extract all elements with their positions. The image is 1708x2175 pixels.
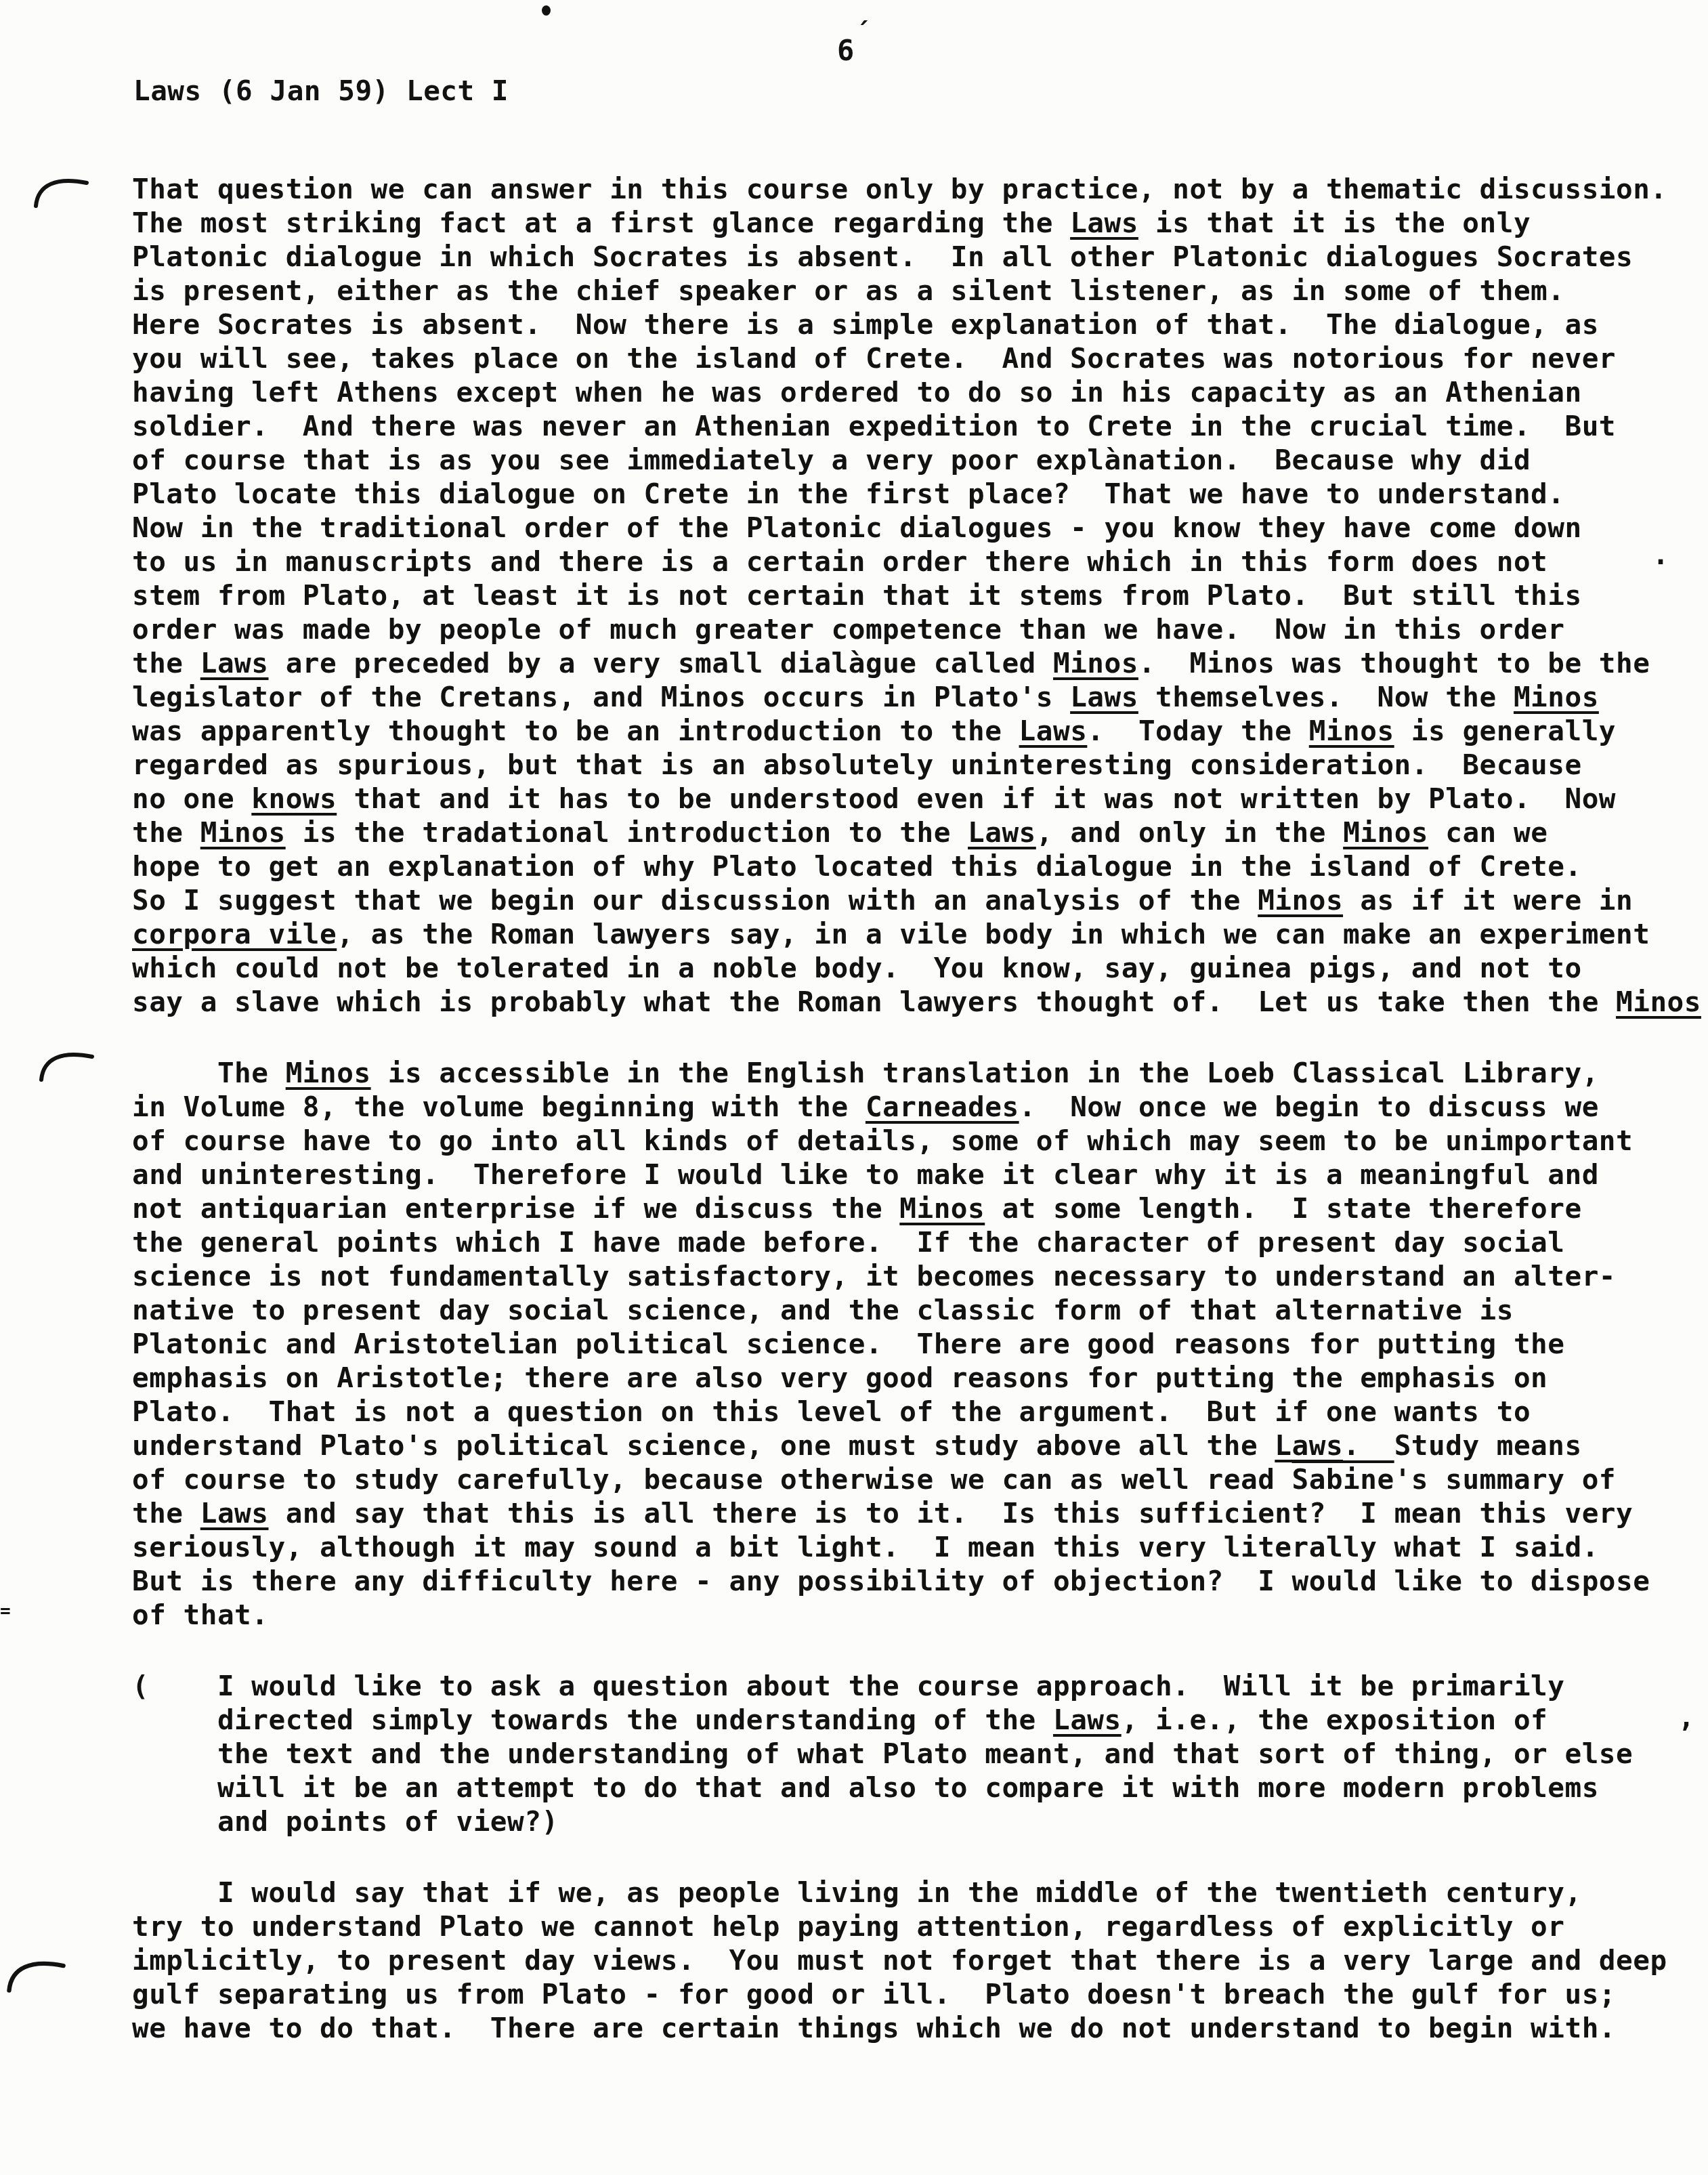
text-line: understand Plato's political science, on…: [132, 1429, 1701, 1462]
text-line: Plato. That is not a question on this le…: [132, 1395, 1701, 1429]
text-segment: we have to do that. There are certain th…: [132, 2012, 1616, 2044]
text-segment: the general points which I have made bef…: [132, 1226, 1564, 1259]
underlined-text: Laws: [968, 816, 1036, 849]
text-segment: Platonic dialogue in which Socrates is a…: [132, 240, 1633, 273]
text-segment: of course to study carefully, because ot…: [132, 1463, 1292, 1496]
text-segment: that and it has to be understood even if…: [337, 782, 1616, 815]
text-segment: understand Plato's political science, on…: [132, 1429, 1275, 1462]
text-segment: of that.: [132, 1599, 268, 1631]
text-segment: try to understand Plato we cannot help p…: [132, 1910, 1564, 1943]
handwritten-margin-mark: [4, 1955, 68, 1995]
stray-ink-mark: .: [1652, 542, 1669, 569]
text-segment: hope to get an explanation of why Plato …: [132, 850, 1582, 883]
text-line: no one knows that and it has to be under…: [132, 782, 1701, 816]
text-line: the Minos is the tradational introductio…: [132, 816, 1701, 849]
text-line: in Volume 8, the volume beginning with t…: [132, 1090, 1701, 1124]
text-line: and points of view?): [132, 1804, 1701, 1838]
text-line: native to present day social science, an…: [132, 1293, 1701, 1327]
text-segment: say a slave which is probably what the R…: [132, 986, 1616, 1018]
underlined-text: Minos: [200, 816, 286, 849]
text-segment: the text and the understanding of what P…: [132, 1737, 1633, 1770]
text-segment: directed simply towards the understandin…: [132, 1704, 1053, 1736]
text-line: will it be an attempt to do that and als…: [132, 1771, 1701, 1804]
underlined-text: Minos: [899, 1192, 985, 1225]
text-segment: and points of view?): [132, 1805, 559, 1838]
text-segment: legislator of the Cretans, and Minos occ…: [132, 681, 1070, 713]
page-title: Laws (6 Jan 59) Lect I: [133, 75, 509, 107]
text-segment: The most striking fact at a first glance…: [132, 207, 1070, 239]
text-line: Now in the traditional order of the Plat…: [132, 511, 1701, 545]
text-segment: emphasis on Aristotle; there are also ve…: [132, 1361, 1547, 1394]
text-line: stem from Plato, at least it is not cert…: [132, 578, 1701, 612]
underlined-text: Laws: [1070, 681, 1138, 713]
text-segment: So I suggest that we begin our discussio…: [132, 884, 1258, 916]
text-segment: order was made by people of much greater…: [132, 613, 1564, 646]
text-segment: Plato. That is not a question on this le…: [132, 1395, 1531, 1428]
text-segment: Plato locate this dialogue on Crete in t…: [132, 478, 1564, 510]
text-line: I would say that if we, as people living…: [132, 1876, 1701, 1909]
text-segment: . Today the: [1087, 715, 1308, 747]
text-line: of that.: [132, 1598, 1701, 1632]
underlined-text: Minos: [1616, 986, 1701, 1018]
text-segment: no one: [132, 782, 251, 815]
handwritten-margin-mark: [37, 1047, 96, 1084]
text-line: That question we can answer in this cour…: [132, 172, 1701, 206]
text-segment: are preceded by a very small dialàgue ca…: [269, 647, 1053, 679]
text-segment: I would say that if we, as people living…: [132, 1876, 1582, 1909]
text-line: to us in manuscripts and there is a cert…: [132, 545, 1701, 578]
text-segment: is the tradational introduction to the: [286, 816, 968, 849]
text-segment: gulf separating us from Plato - for good…: [132, 1978, 1616, 2010]
text-segment: The: [132, 1057, 286, 1089]
text-line: emphasis on Aristotle; there are also ve…: [132, 1361, 1701, 1395]
text-line: order was made by people of much greater…: [132, 612, 1701, 646]
text-line: seriously, although it may sound a bit l…: [132, 1530, 1701, 1564]
text-segment: the: [132, 1497, 200, 1529]
text-segment: to us in manuscripts and there is a cert…: [132, 545, 1547, 578]
text-segment: , i.e., the exposition of: [1122, 1704, 1548, 1736]
text-segment: . Now once we begin to discuss we: [1019, 1091, 1599, 1123]
underlined-text: Laws: [1070, 207, 1138, 239]
text-line: science is not fundamentally satisfactor…: [132, 1259, 1701, 1293]
text-line: was apparently thought to be an introduc…: [132, 714, 1701, 748]
document-body: That question we can answer in this cour…: [132, 172, 1701, 2045]
stray-ink-mark: ´: [855, 19, 870, 45]
underlined-text: Minos: [1343, 816, 1428, 849]
text-segment: . Minos was thought to be the: [1138, 647, 1650, 679]
text-segment: . Study means: [1343, 1429, 1582, 1462]
text-line: is present, either as the chief speaker …: [132, 274, 1701, 308]
text-line: regarded as spurious, but that is an abs…: [132, 748, 1701, 782]
text-line: But is there any difficulty here - any p…: [132, 1564, 1701, 1598]
text-segment: of course that is as you see immediately…: [132, 444, 1531, 476]
text-line: ( I would like to ask a question about t…: [132, 1669, 1701, 1703]
ink-dot: [542, 5, 551, 16]
text-line: gulf separating us from Plato - for good…: [132, 1977, 1701, 2011]
text-segment: not antiquarian enterprise if we discuss…: [132, 1192, 899, 1225]
text-segment: is that it is the only: [1138, 207, 1531, 239]
stray-ink-mark: ,: [1678, 1704, 1694, 1731]
text-segment: the: [132, 647, 200, 679]
text-line: of course have to go into all kinds of d…: [132, 1124, 1701, 1158]
text-segment: stem from Plato, at least it is not cert…: [132, 579, 1582, 612]
text-line: and uninteresting. Therefore I would lik…: [132, 1158, 1701, 1191]
text-segment: is present, either as the chief speaker …: [132, 274, 1564, 307]
text-line: soldier. And there was never an Athenian…: [132, 409, 1701, 443]
text-line: having left Athens except when he was or…: [132, 375, 1701, 409]
text-line: corpora vile, as the Roman lawyers say, …: [132, 917, 1701, 951]
text-segment: regarded as spurious, but that is an abs…: [132, 748, 1582, 781]
text-line: hope to get an explanation of why Plato …: [132, 849, 1701, 883]
text-segment: at some length. I state therefore: [985, 1192, 1581, 1225]
text-segment: soldier. And there was never an Athenian…: [132, 410, 1616, 442]
paragraph: I would say that if we, as people living…: [132, 1876, 1701, 2045]
underlined-text: Laws: [1275, 1429, 1343, 1462]
page-number: 6: [837, 34, 854, 67]
overlined-text: Sabine: [1292, 1463, 1394, 1496]
text-segment: is accessible in the English translation…: [371, 1057, 1599, 1089]
text-segment: and say that this is all there is to it.…: [269, 1497, 1634, 1529]
text-segment: of course have to go into all kinds of d…: [132, 1124, 1633, 1157]
text-line: directed simply towards the understandin…: [132, 1703, 1701, 1737]
text-segment: can we: [1428, 816, 1547, 849]
underlined-text: Minos: [1514, 681, 1599, 713]
text-segment: will it be an attempt to do that and als…: [132, 1771, 1599, 1804]
text-segment: Platonic and Aristotelian political scie…: [132, 1328, 1564, 1360]
text-segment: which could not be tolerated in a noble …: [132, 952, 1582, 984]
text-segment: Here Socrates is absent. Now there is a …: [132, 308, 1599, 341]
text-segment: That question we can answer in this cour…: [132, 173, 1667, 205]
text-line: of course that is as you see immediately…: [132, 443, 1701, 477]
underlined-text: Minos: [1053, 647, 1138, 679]
text-line: not antiquarian enterprise if we discuss…: [132, 1191, 1701, 1225]
text-line: The Minos is accessible in the English t…: [132, 1056, 1701, 1090]
text-segment: and uninteresting. Therefore I would lik…: [132, 1158, 1599, 1191]
text-segment: is generally: [1394, 715, 1616, 747]
underlined-text: Laws: [200, 647, 269, 679]
text-segment: as if it were in: [1343, 884, 1633, 916]
text-segment: themselves. Now the: [1138, 681, 1514, 713]
text-line: the text and the understanding of what P…: [132, 1737, 1701, 1771]
text-segment: ( I would like to ask a question about t…: [132, 1670, 1564, 1702]
text-line: the Laws and say that this is all there …: [132, 1496, 1701, 1530]
text-segment: in Volume 8, the volume beginning with t…: [132, 1091, 866, 1123]
text-line: the Laws are preceded by a very small di…: [132, 646, 1701, 680]
paragraph: That question we can answer in this cour…: [132, 172, 1701, 1019]
text-segment: , as the Roman lawyers say, in a vile bo…: [337, 918, 1650, 950]
text-segment: , and only in the: [1036, 816, 1343, 849]
text-line: we have to do that. There are certain th…: [132, 2011, 1701, 2045]
underlined-text: Minos: [1309, 715, 1394, 747]
text-line: the general points which I have made bef…: [132, 1225, 1701, 1259]
paragraph: The Minos is accessible in the English t…: [132, 1056, 1701, 1632]
underlined-text: Carneades: [866, 1091, 1019, 1123]
text-line: of course to study carefully, because ot…: [132, 1462, 1701, 1496]
stray-ink-mark: =: [0, 1603, 11, 1620]
text-line: say a slave which is probably what the R…: [132, 985, 1701, 1019]
scanned-lecture-page: 6 Laws (6 Jan 59) Lect I That question w…: [0, 0, 1708, 2175]
text-segment: having left Athens except when he was or…: [132, 376, 1582, 408]
handwritten-margin-mark: [31, 173, 91, 210]
text-line: So I suggest that we begin our discussio…: [132, 883, 1701, 917]
text-segment: was apparently thought to be an introduc…: [132, 715, 1019, 747]
text-line: you will see, takes place on the island …: [132, 341, 1701, 375]
underlined-text: Minos: [1258, 884, 1343, 916]
text-line: Platonic and Aristotelian political scie…: [132, 1327, 1701, 1361]
underlined-text: corpora vile: [132, 918, 337, 950]
text-segment: you will see, takes place on the island …: [132, 342, 1616, 375]
text-segment: science is not fundamentally satisfactor…: [132, 1260, 1616, 1292]
underlined-text: Laws: [1019, 715, 1088, 747]
text-line: legislator of the Cretans, and Minos occ…: [132, 680, 1701, 714]
text-line: Here Socrates is absent. Now there is a …: [132, 308, 1701, 341]
text-segment: implicitly, to present day views. You mu…: [132, 1944, 1667, 1977]
text-line: which could not be tolerated in a noble …: [132, 951, 1701, 985]
text-line: Platonic dialogue in which Socrates is a…: [132, 240, 1701, 274]
underlined-text: Minos: [286, 1057, 371, 1089]
text-segment: 's summary of: [1394, 1463, 1616, 1496]
text-segment: But is there any difficulty here - any p…: [132, 1565, 1650, 1597]
text-segment: Now in the traditional order of the Plat…: [132, 511, 1582, 544]
text-line: The most striking fact at a first glance…: [132, 206, 1701, 240]
text-line: implicitly, to present day views. You mu…: [132, 1943, 1701, 1977]
underlined-text: knows: [251, 782, 337, 815]
text-segment: native to present day social science, an…: [132, 1294, 1514, 1326]
text-line: Plato locate this dialogue on Crete in t…: [132, 477, 1701, 511]
text-segment: the: [132, 816, 200, 849]
underlined-text: Laws: [200, 1497, 269, 1529]
text-line: try to understand Plato we cannot help p…: [132, 1909, 1701, 1943]
paragraph: ( I would like to ask a question about t…: [132, 1669, 1701, 1838]
underlined-text: Laws: [1053, 1704, 1122, 1736]
text-segment: seriously, although it may sound a bit l…: [132, 1531, 1599, 1563]
